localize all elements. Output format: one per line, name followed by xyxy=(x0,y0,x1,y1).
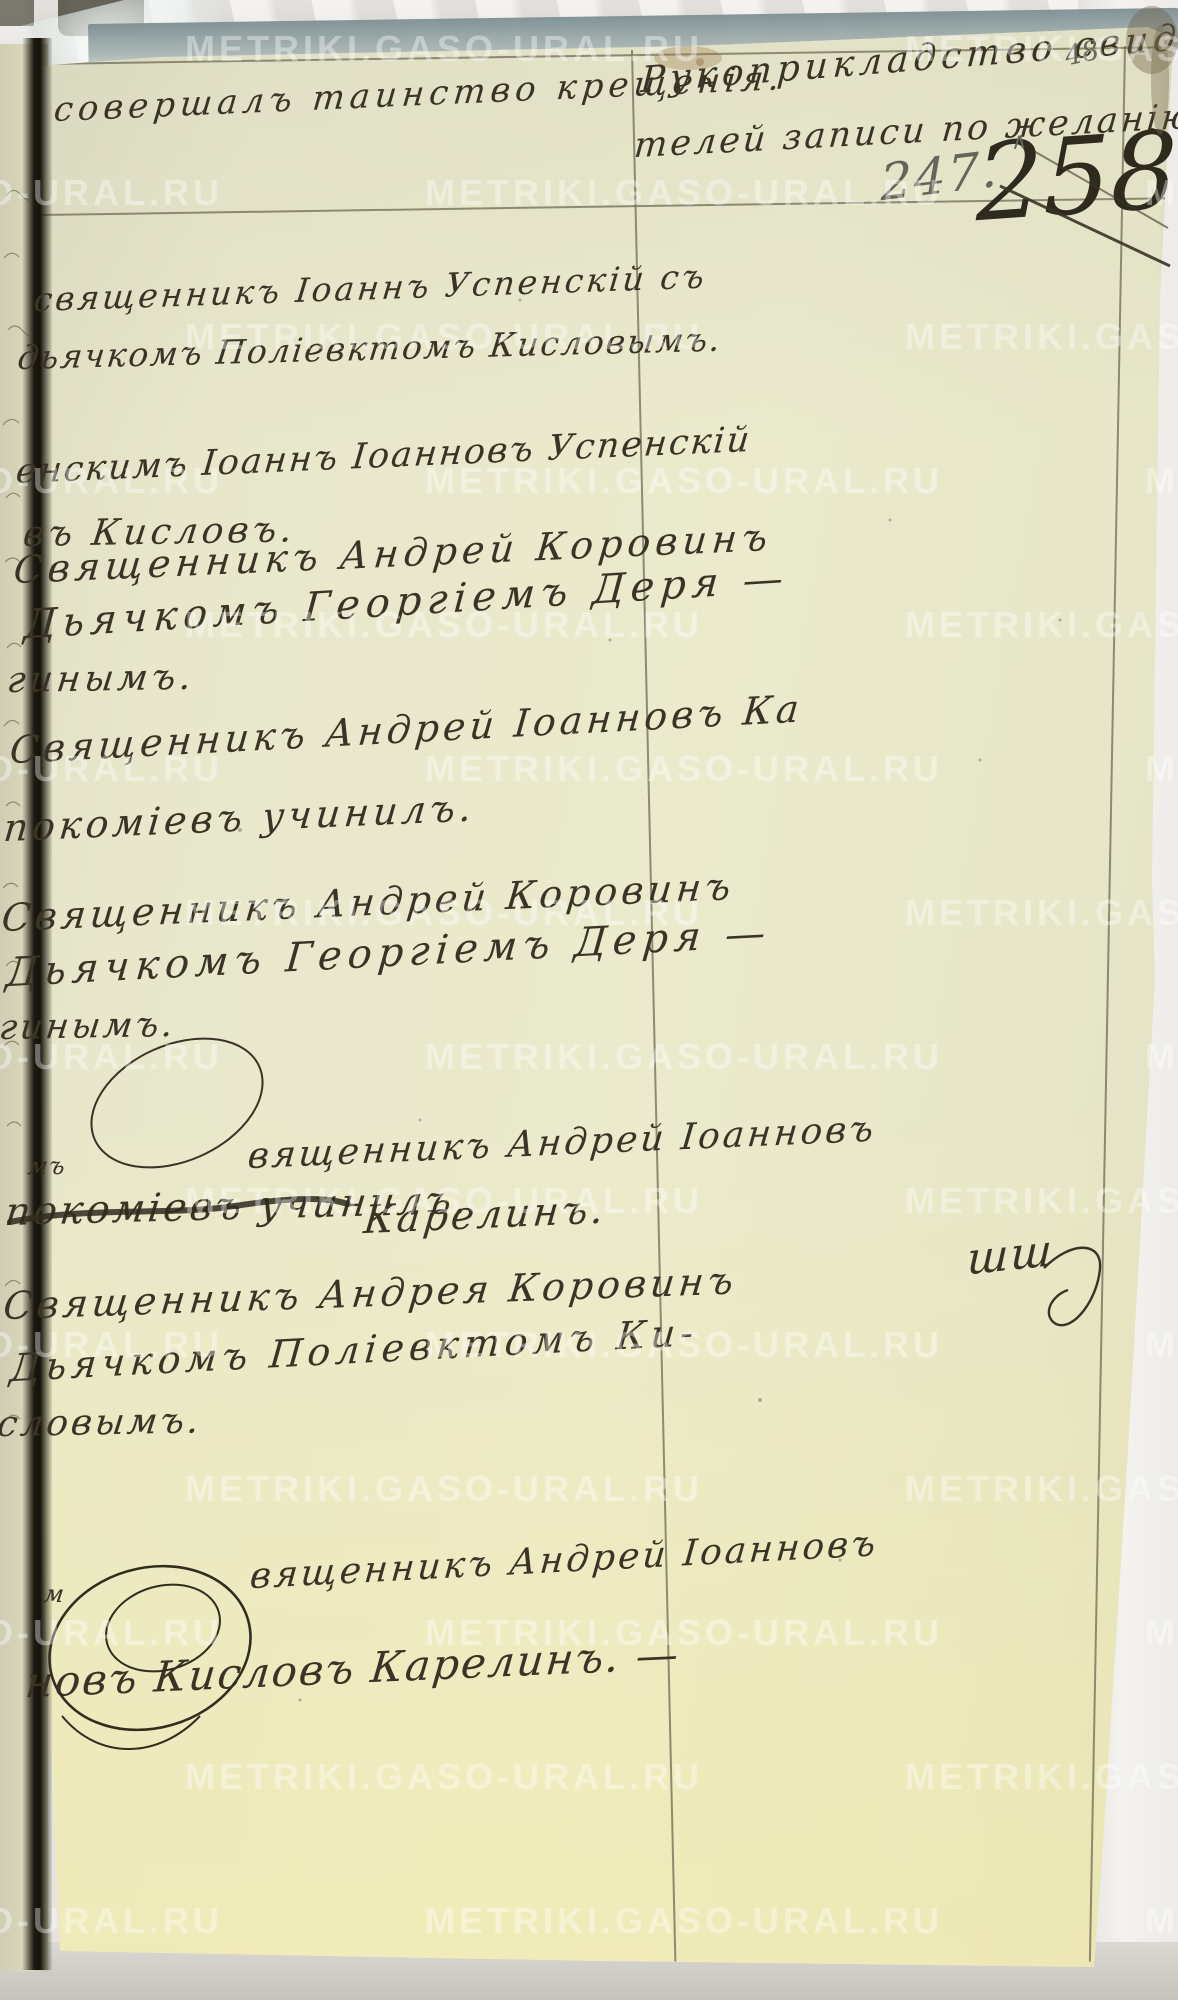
handwriting-line: Священникъ Андрей Іоанновъ Ка xyxy=(8,686,805,772)
handwriting-line: дьячкомъ Поліевктомъ Кисловымъ. xyxy=(16,320,725,378)
handwriting-line: м xyxy=(42,1580,66,1608)
handwriting-line: священникъ Іоаннъ Успенскій съ xyxy=(32,256,709,319)
handwriting-line: покоміевъ учинилъ. xyxy=(2,785,478,850)
archival-scan-photo: совершалъ таинство крещенія. Рукоприклад… xyxy=(0,0,1178,2000)
handwriting-line: словымъ. xyxy=(0,1400,204,1445)
handwriting-line: енскимъ Іоаннъ Іоанновъ Успенскій xyxy=(14,420,753,492)
handwriting-line: гинымъ. xyxy=(0,1005,178,1048)
handwriting-line: Карелинъ. xyxy=(362,1187,609,1243)
handwriting-line: новъ Кисловъ Карелинъ. — xyxy=(23,1629,682,1707)
handwriting-layer: совершалъ таинство крещенія. Рукоприклад… xyxy=(0,0,1178,2000)
corner-page-number: 48 xyxy=(1062,35,1102,72)
handwriting-line: гинымъ. xyxy=(5,657,198,701)
page-number-ink-struck: 258 xyxy=(976,108,1178,245)
handwriting-line: мъ xyxy=(26,1152,68,1180)
handwriting-line: шш xyxy=(966,1225,1055,1286)
handwriting-line: вященникъ Андрей Іоанновъ xyxy=(246,1109,878,1178)
handwriting-line: вященникъ Андрей Іоанновъ xyxy=(248,1523,880,1597)
handwriting-line: ∧ xyxy=(1011,129,1028,156)
